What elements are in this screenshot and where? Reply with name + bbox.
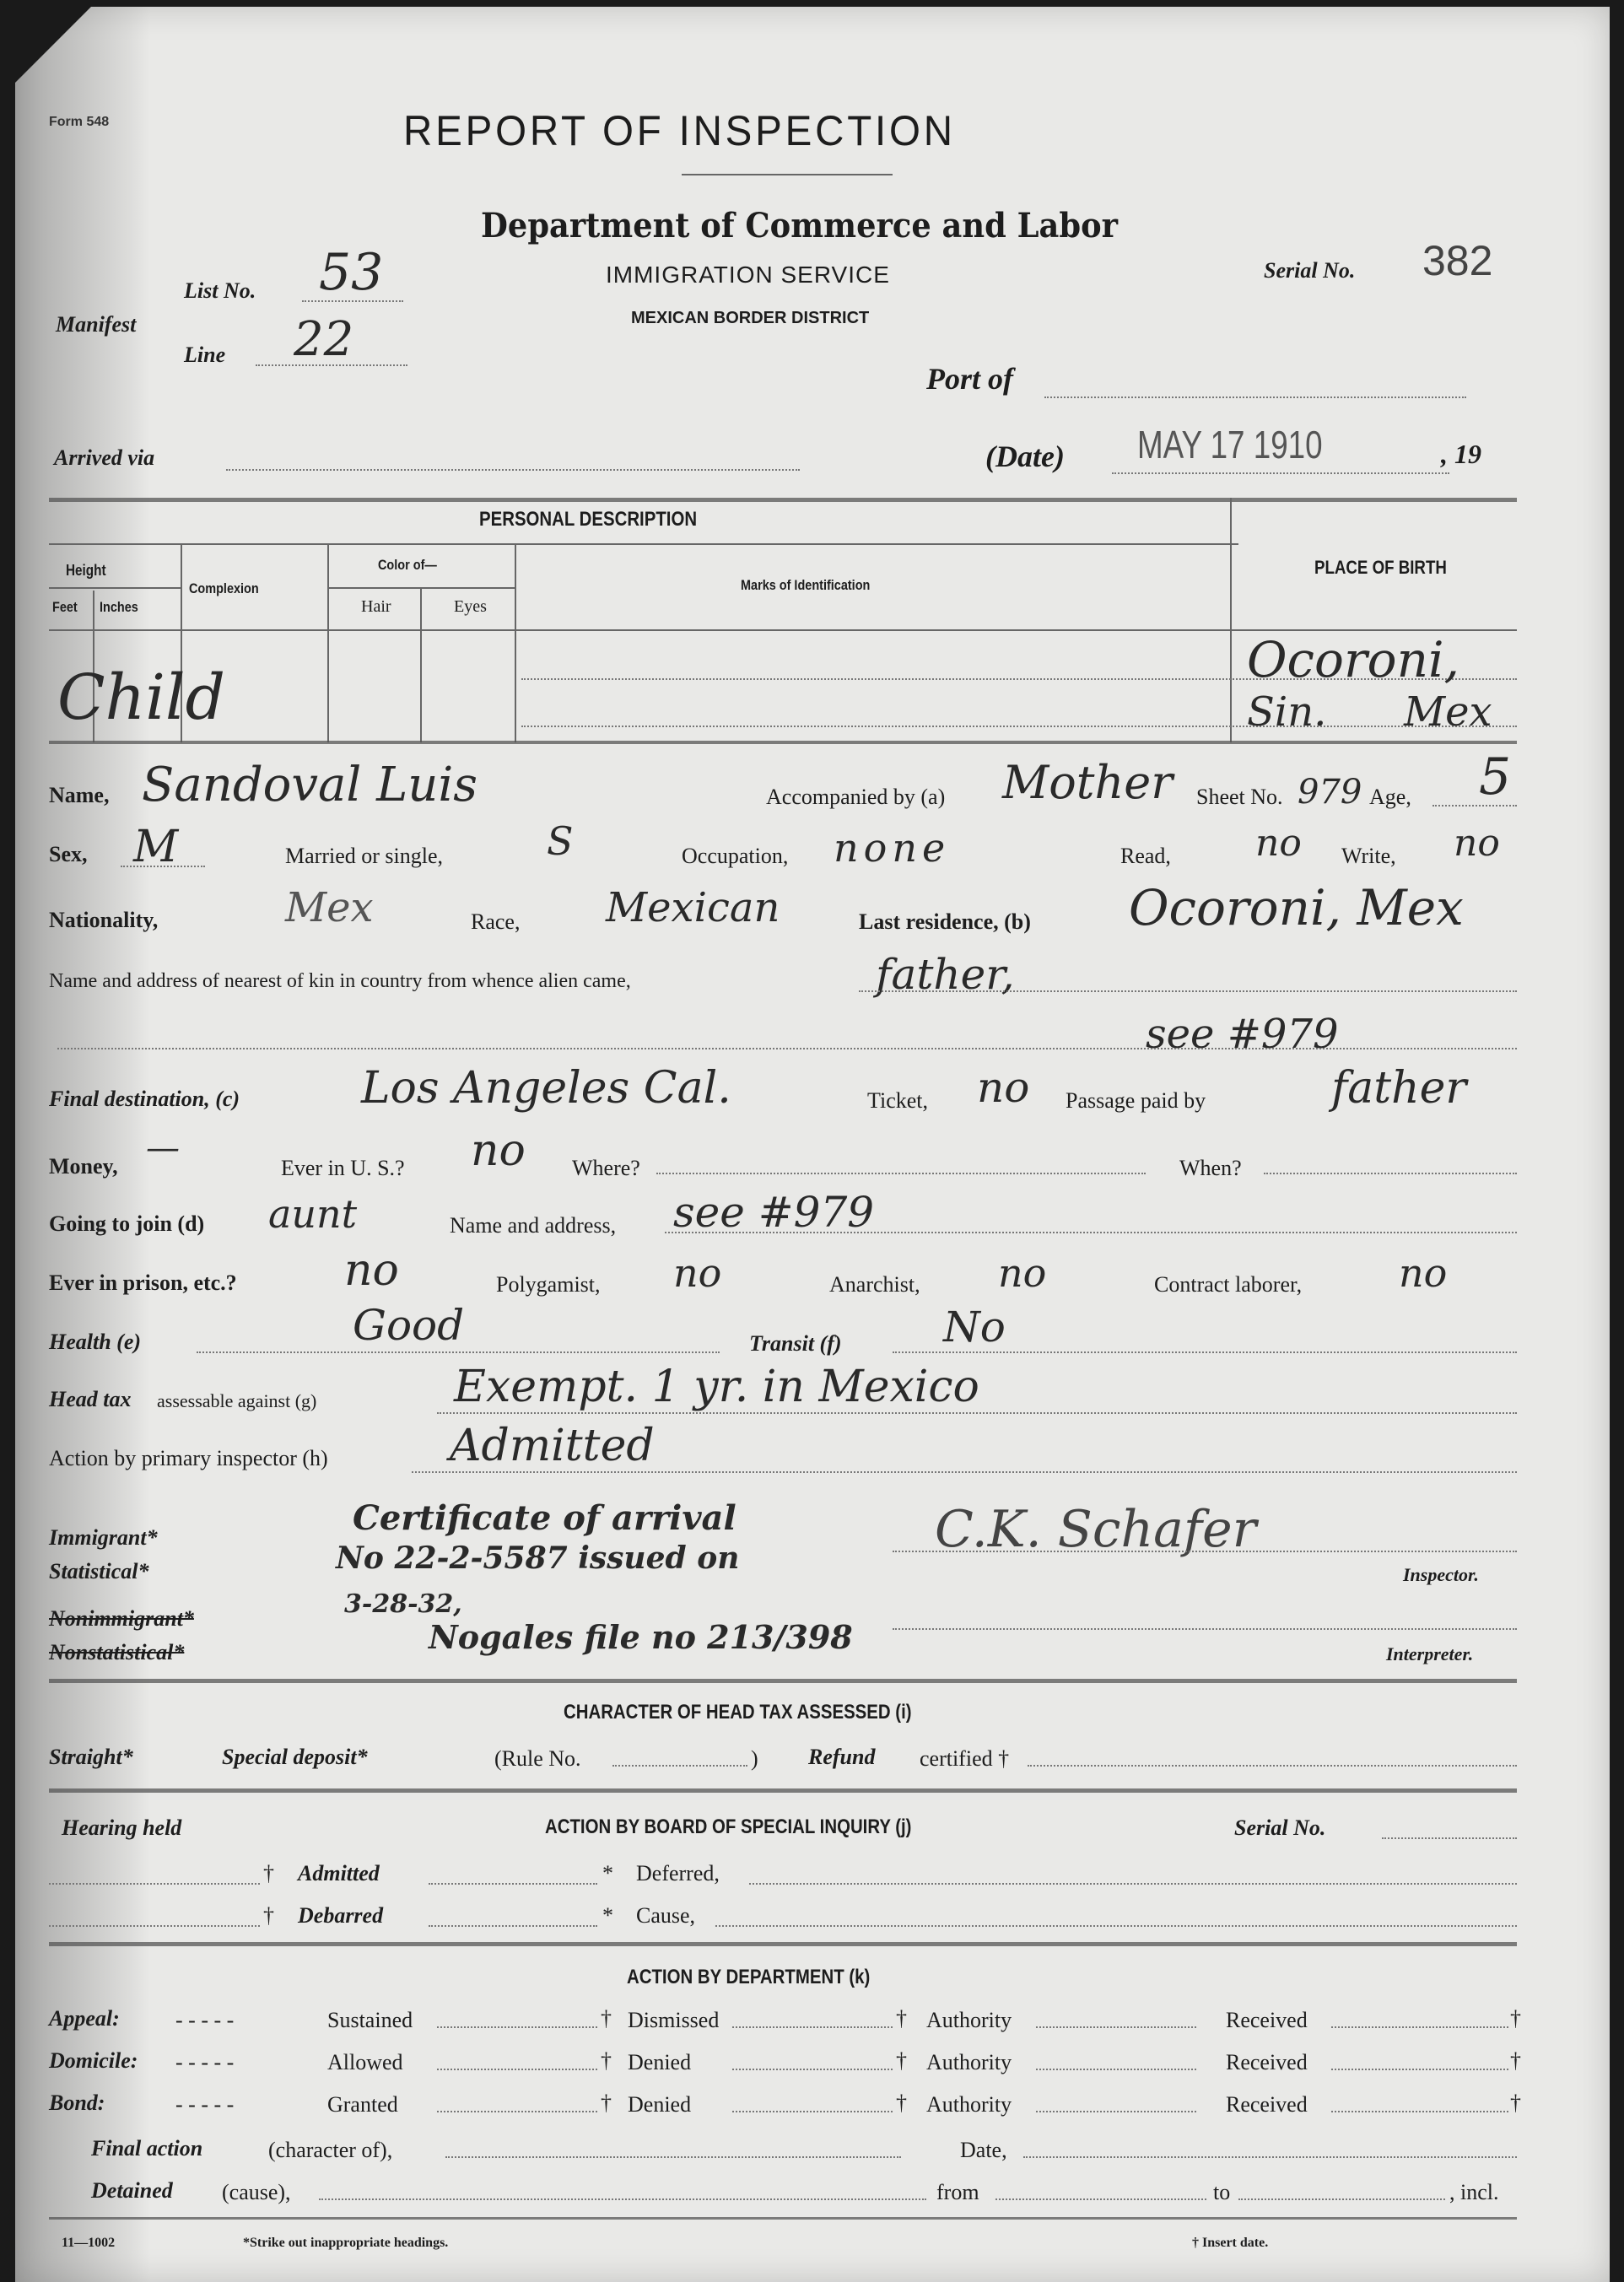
dept-row-label: Bond:: [49, 2090, 105, 2116]
inspector-label: Inspector.: [1403, 1564, 1479, 1586]
contract-label: Contract laborer,: [1154, 1272, 1302, 1297]
dept-row-label: Appeal:: [49, 2006, 120, 2031]
height-header: Height: [66, 562, 106, 580]
write-label: Write,: [1341, 844, 1396, 869]
certificate-note-line1: Certificate of arrival: [353, 1498, 736, 1538]
health-value: Good: [353, 1301, 464, 1350]
dept-dagger: †: [601, 2006, 612, 2031]
admitted-field[interactable]: [429, 1883, 597, 1885]
hearing-held-label: Hearing held: [62, 1815, 181, 1841]
admitted-label: Admitted: [298, 1861, 380, 1886]
rule-no-field[interactable]: [612, 1765, 747, 1767]
list-no-value: 53: [319, 243, 383, 302]
passage-value: father: [1331, 1063, 1466, 1114]
arrived-via-label: Arrived via: [54, 445, 154, 471]
dept-row-authority: Authority: [926, 2008, 1012, 2033]
port-field[interactable]: [1044, 397, 1466, 398]
detained-suffix: (cause),: [222, 2180, 291, 2205]
line-value: 22: [294, 312, 353, 367]
board-serial-label: Serial No.: [1234, 1815, 1325, 1841]
prison-value: no: [344, 1245, 399, 1296]
sheet-label: Sheet No.: [1196, 785, 1283, 810]
dept-dagger: †: [1510, 2006, 1521, 2031]
final-action-label: Final action: [91, 2136, 202, 2161]
eyes-header: Eyes: [454, 597, 487, 617]
money-label: Money,: [49, 1154, 118, 1179]
serial-value: 382: [1422, 236, 1492, 285]
refund-certified-label: certified †: [920, 1746, 1009, 1772]
head-tax-title: CHARACTER OF HEAD TAX ASSESSED (i): [564, 1701, 912, 1724]
cause-label: Cause,: [636, 1903, 695, 1929]
name-address-value: see #979: [673, 1188, 874, 1237]
hair-header: Hair: [361, 597, 391, 617]
from-label: from: [936, 2180, 979, 2205]
sex-label: Sex,: [49, 842, 88, 867]
accompanied-label: Accompanied by (a): [766, 785, 945, 810]
dept-row-option1-field[interactable]: [437, 2111, 597, 2112]
dept-dagger: †: [601, 2048, 612, 2074]
dept-dagger: †: [1510, 2090, 1521, 2116]
read-label: Read,: [1120, 844, 1171, 869]
nonimmigrant-label: Nonimmigrant*: [49, 1606, 194, 1632]
service-name: IMMIGRATION SERVICE: [606, 262, 890, 289]
statistical-label: Statistical*: [49, 1559, 148, 1584]
nationality-value: Mex: [285, 884, 374, 931]
deferred-label: Deferred,: [636, 1861, 720, 1886]
kin-value-line2: see #979: [1146, 1011, 1339, 1058]
dept-row-authority-field[interactable]: [1036, 2111, 1196, 2112]
dept-dagger: †: [896, 2090, 907, 2116]
interpreter-label: Interpreter.: [1386, 1643, 1473, 1665]
action-label: Action by primary inspector (h): [49, 1446, 328, 1471]
board-serial-field[interactable]: [1382, 1837, 1517, 1839]
occupation-label: Occupation,: [682, 844, 788, 869]
going-label: Going to join (d): [49, 1211, 204, 1237]
marks-header: Marks of Identification: [741, 577, 870, 594]
page-corner-fold: [15, 7, 91, 83]
port-label: Port of: [926, 361, 1013, 397]
serial-label: Serial No.: [1264, 258, 1355, 283]
dept-row-leader: - - - - -: [175, 2050, 234, 2075]
money-value: —: [146, 1129, 180, 1168]
dept-dagger: †: [896, 2006, 907, 2031]
dept-row-authority-field[interactable]: [1036, 2069, 1196, 2070]
married-label: Married or single,: [285, 844, 443, 869]
ticket-label: Ticket,: [867, 1088, 928, 1114]
transit-value: No: [943, 1303, 1006, 1351]
prison-label: Ever in prison, etc.?: [49, 1270, 237, 1296]
dept-row-option2-field[interactable]: [732, 2026, 893, 2028]
debarred-field[interactable]: [429, 1925, 597, 1927]
certificate-note-line4: Nogales file no 213/398: [429, 1618, 853, 1656]
date-label: (Date): [985, 439, 1065, 474]
strike-note: *Strike out inappropriate headings.: [243, 2236, 448, 2251]
married-value: S: [547, 818, 574, 864]
refund-label: Refund: [808, 1745, 875, 1770]
polygamist-label: Polygamist,: [496, 1272, 601, 1297]
incl-label: , incl.: [1449, 2180, 1499, 2205]
arrived-via-field[interactable]: [226, 469, 800, 471]
going-value: aunt: [268, 1191, 357, 1237]
nationality-label: Nationality,: [49, 908, 158, 933]
section-divider: [49, 498, 1517, 502]
dept-row-option2-field[interactable]: [732, 2069, 893, 2070]
dept-row-option1: Allowed: [327, 2050, 403, 2075]
contract-value: no: [1399, 1250, 1447, 1296]
accompanied-value: Mother: [1002, 756, 1173, 809]
height-value: Child: [57, 661, 225, 734]
final-date-label: Date,: [960, 2138, 1007, 2163]
personal-description-title: PERSONAL DESCRIPTION: [479, 508, 697, 531]
last-residence-label: Last residence, (b): [859, 909, 1031, 935]
name-label: Name,: [49, 783, 109, 808]
date-stamp: MAY 17 1910: [1137, 422, 1323, 467]
final-action-suffix: (character of),: [268, 2138, 392, 2163]
complexion-header: Complexion: [189, 580, 259, 597]
certificate-note-line3: 3-28-32,: [344, 1589, 462, 1619]
place-of-birth-line1: Ocoroni,: [1247, 631, 1459, 688]
place-of-birth-header: PLACE OF BIRTH: [1314, 557, 1447, 579]
dept-row-option1: Sustained: [327, 2008, 413, 2033]
detained-cause-field[interactable]: [319, 2198, 926, 2200]
line-label: Line: [184, 343, 225, 368]
destination-label: Final destination, (c): [49, 1087, 240, 1112]
dept-row-label: Domicile:: [49, 2048, 138, 2074]
dept-dagger: †: [601, 2090, 612, 2116]
age-label: Age,: [1369, 785, 1411, 810]
district-name: MEXICAN BORDER DISTRICT: [631, 309, 869, 328]
polygamist-value: no: [673, 1250, 721, 1296]
headtax-value: Exempt. 1 yr. in Mexico: [454, 1362, 979, 1412]
headtax-label: Head tax: [49, 1387, 132, 1412]
dept-row-option2: Dismissed: [628, 2008, 719, 2033]
dept-row-received-field[interactable]: [1331, 2111, 1508, 2112]
last-residence-value: Ocoroni, Mex: [1129, 879, 1464, 936]
date-suffix: , 19: [1441, 439, 1481, 470]
name-value: Sandoval Luis: [142, 758, 477, 812]
certificate-note-line2: No 22-2-5587 issued on: [336, 1540, 739, 1576]
ever-us-value: no: [471, 1125, 526, 1176]
refund-field[interactable]: [1028, 1765, 1517, 1767]
race-label: Race,: [471, 909, 520, 935]
dept-row-received: Received: [1226, 2008, 1308, 2033]
anarchist-label: Anarchist,: [829, 1272, 920, 1297]
where-field[interactable]: [656, 1173, 1146, 1174]
dept-row-received-field[interactable]: [1331, 2026, 1508, 2028]
special-deposit-label: Special deposit*: [222, 1745, 368, 1770]
when-label: When?: [1179, 1156, 1242, 1181]
department-name: Department of Commerce and Labor: [481, 206, 1118, 245]
detained-label: Detained: [91, 2178, 173, 2204]
dept-row-option1: Granted: [327, 2092, 398, 2117]
health-label: Health (e): [49, 1330, 141, 1355]
title-underline: [682, 174, 893, 175]
dept-row-option2: Denied: [628, 2092, 691, 2117]
rule-no-close: ): [751, 1746, 758, 1772]
nonstatistical-label: Nonstatistical*: [49, 1640, 184, 1665]
sheet-value: 979: [1298, 773, 1362, 812]
interpreter-signature-line: [893, 1628, 1517, 1630]
dept-row-leader: - - - - -: [175, 2092, 234, 2117]
dept-dagger: †: [896, 2048, 907, 2074]
straight-label: Straight*: [49, 1745, 133, 1770]
manifest-label: Manifest: [56, 312, 136, 337]
final-action-field[interactable]: [445, 2156, 901, 2158]
transit-label: Transit (f): [749, 1331, 842, 1357]
inches-header: Inches: [100, 599, 138, 616]
board-title: ACTION BY BOARD OF SPECIAL INQUIRY (j): [545, 1815, 911, 1839]
age-value: 5: [1479, 747, 1511, 807]
read-value: no: [1255, 822, 1302, 865]
immigrant-label: Immigrant*: [49, 1525, 158, 1551]
page-title: REPORT OF INSPECTION: [403, 106, 956, 155]
headtax-label-suffix: assessable against (g): [157, 1390, 316, 1412]
to-label: to: [1213, 2180, 1230, 2205]
debarred-label: Debarred: [298, 1903, 383, 1929]
inspection-report-page: Form 548 REPORT OF INSPECTION Department…: [15, 7, 1610, 2282]
inspector-signature-line: [893, 1551, 1517, 1552]
place-of-birth-line2: Sin. Mex: [1247, 688, 1492, 736]
form-number: Form 548: [49, 115, 109, 130]
where-label: Where?: [572, 1156, 640, 1181]
list-no-label: List No.: [184, 278, 256, 304]
write-value: no: [1454, 822, 1500, 865]
department-action-title: ACTION BY DEPARTMENT (k): [627, 1966, 870, 1989]
dept-row-option2-field[interactable]: [732, 2111, 893, 2112]
destination-value: Los Angeles Cal.: [361, 1063, 731, 1114]
color-of-header: Color of—: [378, 557, 437, 574]
dept-row-received: Received: [1226, 2050, 1308, 2075]
to-field[interactable]: [1238, 2198, 1445, 2200]
action-value: Admitted: [450, 1421, 655, 1471]
dept-row-option2: Denied: [628, 2050, 691, 2075]
name-address-label: Name and address,: [450, 1213, 616, 1238]
feet-header: Feet: [52, 599, 78, 616]
insert-date-note: † Insert date.: [1192, 2236, 1268, 2251]
occupation-value: none: [834, 825, 950, 871]
from-field[interactable]: [995, 2198, 1206, 2200]
dept-row-received: Received: [1226, 2092, 1308, 2117]
when-field[interactable]: [1264, 1173, 1517, 1174]
dept-row-option1-field[interactable]: [437, 2069, 597, 2070]
final-date-field[interactable]: [1023, 2156, 1517, 2158]
sex-value: M: [133, 822, 178, 872]
dept-row-authority-field[interactable]: [1036, 2026, 1196, 2028]
dept-row-option1-field[interactable]: [437, 2026, 597, 2028]
ever-us-label: Ever in U. S.?: [281, 1156, 405, 1181]
kin-label: Name and address of nearest of kin in co…: [49, 970, 631, 993]
ticket-value: no: [977, 1063, 1029, 1112]
dept-row-authority: Authority: [926, 2050, 1012, 2075]
dept-row-authority: Authority: [926, 2092, 1012, 2117]
anarchist-value: no: [998, 1250, 1046, 1296]
passage-label: Passage paid by: [1066, 1088, 1206, 1114]
deferred-field[interactable]: [749, 1883, 1517, 1885]
cause-field[interactable]: [715, 1925, 1517, 1927]
dept-dagger: †: [1510, 2048, 1521, 2074]
dept-row-leader: - - - - -: [175, 2008, 234, 2033]
rule-no-label: (Rule No.: [494, 1746, 581, 1772]
form-code: 11—1002: [62, 2236, 115, 2251]
dept-row-received-field[interactable]: [1331, 2069, 1508, 2070]
race-value: Mexican: [606, 884, 780, 931]
